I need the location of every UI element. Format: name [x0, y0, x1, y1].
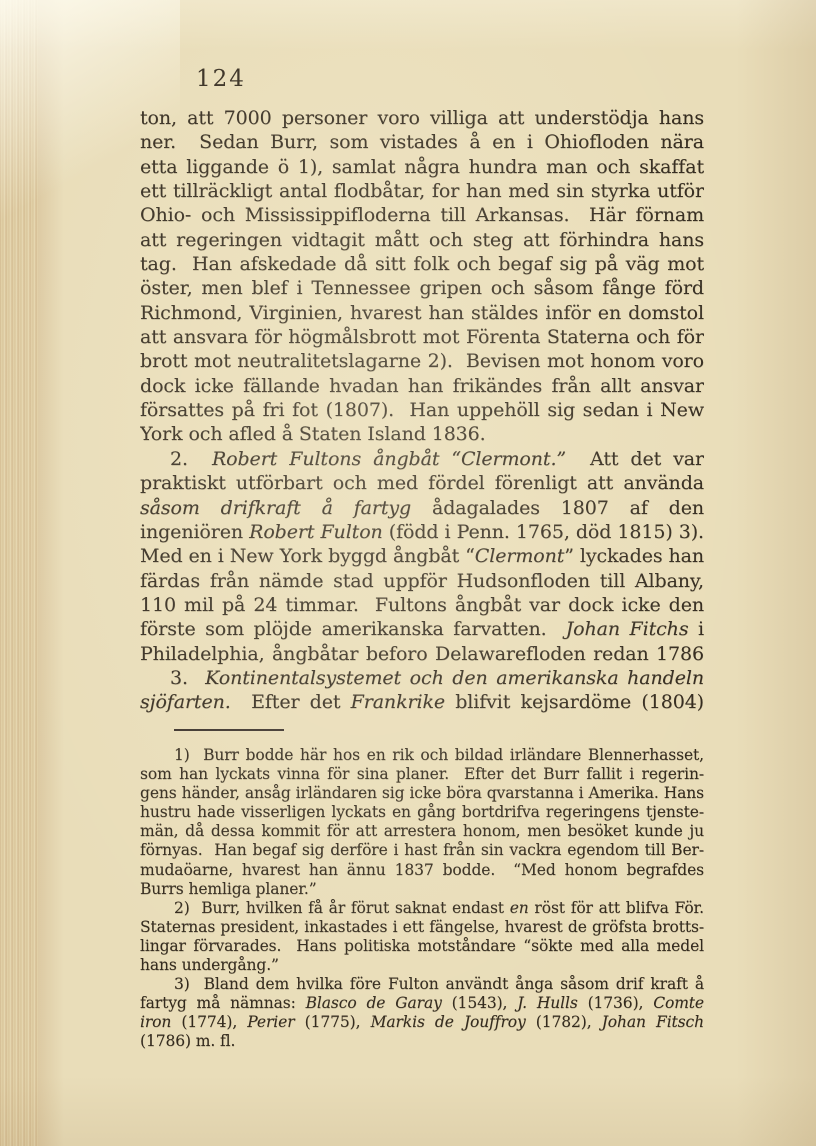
text-line: tag. Han afskedade då sitt folk och bega… — [140, 252, 704, 276]
text: Att det var — [566, 448, 704, 470]
text-line: öster, men blef i Tennessee gripen och s… — [140, 276, 704, 300]
text: ett tillräckligt antal flodbåtar, for ha… — [140, 180, 704, 202]
text-line: York och afled å Staten Island 1836. — [140, 422, 704, 446]
text: tag. Han afskedade då sitt folk och bega… — [140, 253, 704, 275]
italic-text: J. Hulls — [517, 994, 577, 1012]
text-line: ton, att 7000 personer voro villiga att … — [140, 106, 704, 130]
text-line: iron (1774), Perier (1775), Markis de Jo… — [140, 1013, 704, 1032]
text-line: ner. Sedan Burr, som vistades å en i Ohi… — [140, 130, 704, 154]
text: Med en i New York byggd ångbåt “ — [140, 545, 475, 567]
text-line: att ansvara för högmålsbrott mot Förenta… — [140, 325, 704, 349]
text: fartyg må nämnas: — [140, 994, 306, 1012]
text: (1774), — [171, 1013, 247, 1031]
text: förste som plöjde amerikanska farvatten. — [140, 618, 566, 640]
text: att ansvara för högmålsbrott mot Förenta… — [140, 326, 704, 348]
text: etta liggande ö 1), samlat några hundra … — [140, 156, 704, 179]
text: mudaöarne, hvarest han ännu 1837 bodde. … — [140, 861, 704, 879]
text: (1786) m. fl. — [140, 1032, 235, 1050]
text: hustru hade visserligen lyckats en gång … — [140, 803, 704, 821]
text: 3) Bland dem hvilka före Fulton användt … — [174, 975, 704, 993]
italic-text: Clermont — [475, 545, 564, 567]
text: brott mot neutralitetslagarne 2). Bevise… — [140, 350, 704, 372]
text: förnyas. Han begaf sig derföre i hast fr… — [140, 841, 704, 859]
text-line: (1786) m. fl. — [140, 1032, 704, 1051]
text-line: förste som plöjde amerikanska farvatten.… — [140, 617, 704, 641]
footnote-1: 1) Burr bodde här hos en rik och bildad … — [140, 746, 704, 899]
text-line: hustru hade visserligen lyckats en gång … — [140, 803, 704, 822]
text-line: Burrs hemliga planer.” — [140, 880, 704, 899]
text: röst för att blifva För. — [529, 899, 704, 917]
paragraph-fulton-clermont: 2. Robert Fultons ångbåt “Clermont.” Att… — [140, 447, 704, 666]
text-line: färdas från nämde stad uppför Hudsonflod… — [140, 569, 704, 593]
text-line: 3) Bland dem hvilka före Fulton användt … — [140, 975, 704, 994]
text-line: Med en i New York byggd ångbåt “Clermont… — [140, 544, 704, 568]
text: Burrs hemliga planer.” — [140, 880, 317, 898]
text: färdas från nämde stad uppför Hudsonflod… — [140, 570, 704, 592]
text-line: försattes på fri fot (1807). Han uppehöl… — [140, 398, 704, 422]
text-line: lingar förvarades. Hans politiska motstå… — [140, 937, 704, 956]
italic-text: sjöfarten. — [140, 691, 231, 713]
text: öster, men blef i Tennessee gripen och s… — [140, 277, 704, 300]
paragraph-kontinentalsystemet: 3. Kontinentalsystemet och den amerikans… — [140, 666, 704, 715]
text: Richmond, Virginien, hvarest han stäldes… — [140, 302, 704, 324]
text: (1736), — [578, 994, 654, 1012]
text-line: 2. Robert Fultons ångbåt “Clermont.” Att… — [140, 447, 704, 471]
text: män, då dessa kommit för att arrestera h… — [140, 822, 704, 840]
text-line: fartyg må nämnas: Blasco de Garay (1543)… — [140, 994, 704, 1013]
text-line: gens händer, ansåg irländaren sig icke b… — [140, 784, 704, 803]
text-line: 2) Burr, hvilken få år förut saknat enda… — [140, 899, 704, 918]
text-line: hans undergång.” — [140, 956, 704, 975]
italic-text: Robert Fulton — [249, 521, 383, 543]
text-line: ett tillräckligt antal flodbåtar, for ha… — [140, 179, 704, 203]
text: ton, att 7000 personer voro villiga att … — [140, 107, 704, 130]
text-line: såsom drifkraft å fartyg ådagalades 1807… — [140, 496, 704, 520]
text-line: sjöfarten. Efter det Frankrike blifvit k… — [140, 690, 704, 714]
text: försattes på fri fot (1807). Han uppehöl… — [140, 399, 704, 421]
italic-text: iron — [140, 1013, 171, 1031]
text-line: 1) Burr bodde här hos en rik och bildad … — [140, 746, 704, 765]
footnote-separator — [174, 729, 284, 731]
text: dock icke fällande hvadan han frikändes … — [140, 375, 704, 398]
text: (1782), — [526, 1013, 602, 1031]
text: Ohio- och Mississippifloderna till Arkan… — [140, 204, 704, 227]
italic-text: Markis de Jouffroy — [371, 1013, 526, 1031]
text: ” lyckades han — [564, 545, 704, 567]
book-page: 124 ton, att 7000 personer voro villiga … — [0, 0, 816, 1146]
text-line: förnyas. Han begaf sig derföre i hast fr… — [140, 841, 704, 860]
text-line: ingeniören Robert Fulton (född i Penn. 1… — [140, 520, 704, 544]
text: 2) Burr, hvilken få år förut saknat enda… — [174, 899, 510, 917]
text-line: 110 mil på 24 timmar. Fultons ångbåt var… — [140, 593, 704, 617]
text-line: brott mot neutralitetslagarne 2). Bevise… — [140, 349, 704, 373]
italic-text: en — [510, 899, 529, 917]
text: 2. — [170, 448, 212, 470]
text: i — [688, 618, 704, 640]
text-line: praktiskt utförbart och med fördel fören… — [140, 471, 704, 495]
text-line: 3. Kontinentalsystemet och den amerikans… — [140, 666, 704, 690]
text-line: dock icke fällande hvadan han frikändes … — [140, 374, 704, 398]
text: som han lyckats vinna för sina planer. E… — [140, 765, 704, 783]
italic-text: Blasco de Garay — [306, 994, 442, 1012]
text: Efter det — [231, 691, 351, 713]
text-line: som han lyckats vinna för sina planer. E… — [140, 765, 704, 784]
text-line: etta liggande ö 1), samlat några hundra … — [140, 155, 704, 179]
text: ner. Sedan Burr, som vistades å en i Ohi… — [140, 131, 704, 154]
text: 3. — [170, 667, 205, 689]
text: hans undergång.” — [140, 956, 279, 974]
text-line: Philadelphia, ångbåtar beforo Delawarefl… — [140, 642, 704, 666]
text-line: Staternas president, inkastades i ett fä… — [140, 918, 704, 937]
text: gens händer, ansåg irländaren sig icke b… — [140, 784, 704, 802]
text-line: att regeringen vidtagit mått och steg at… — [140, 228, 704, 252]
paragraph-burr: ton, att 7000 personer voro villiga att … — [140, 106, 704, 447]
text: lingar förvarades. Hans politiska motstå… — [140, 937, 704, 955]
text: praktiskt utförbart och med fördel fören… — [140, 472, 704, 494]
text: (född i Penn. 1765, död 1815) 3). — [383, 521, 704, 543]
italic-text: Robert Fultons ångbåt “Clermont.” — [212, 448, 566, 470]
italic-text: Kontinentalsystemet och den amerikanska … — [140, 667, 704, 690]
main-text: ton, att 7000 personer voro villiga att … — [140, 106, 704, 715]
text: York och afled å Staten Island 1836. — [140, 423, 486, 445]
page-number: 124 — [196, 66, 246, 92]
text-line: Richmond, Virginien, hvarest han stäldes… — [140, 301, 704, 325]
text-line: mudaöarne, hvarest han ännu 1837 bodde. … — [140, 861, 704, 880]
italic-text: Johan Fitchs — [566, 618, 689, 640]
text: 110 mil på 24 timmar. Fultons ångbåt var… — [140, 594, 704, 616]
text: Philadelphia, ångbåtar beforo Delawarefl… — [140, 643, 704, 666]
footnote-2: 2) Burr, hvilken få år förut saknat enda… — [140, 899, 704, 975]
text: (1543), — [442, 994, 518, 1012]
italic-text: Frankrike — [351, 691, 445, 713]
italic-text: Johan Fitsch — [602, 1013, 704, 1031]
text: att regeringen vidtagit mått och steg at… — [140, 229, 704, 252]
text-line: Ohio- och Mississippifloderna till Arkan… — [140, 203, 704, 227]
text: (1775), — [295, 1013, 371, 1031]
text: 1) Burr bodde här hos en rik och bildad … — [174, 746, 704, 764]
footnotes: 1) Burr bodde här hos en rik och bildad … — [140, 746, 704, 1052]
italic-text: såsom drifkraft å fartyg — [140, 497, 411, 519]
italic-text: Perier — [247, 1013, 294, 1031]
text-line: män, då dessa kommit för att arrestera h… — [140, 822, 704, 841]
text: ingeniören — [140, 521, 249, 543]
text: Staternas president, inkastades i ett fä… — [140, 918, 704, 936]
footnote-3: 3) Bland dem hvilka före Fulton användt … — [140, 975, 704, 1051]
